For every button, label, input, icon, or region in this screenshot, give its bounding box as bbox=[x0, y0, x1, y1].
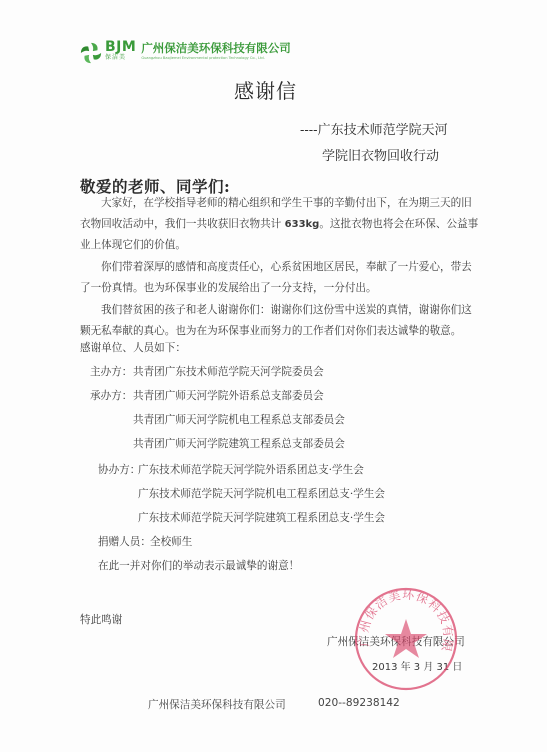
body-paragraph-2: 你们带着深厚的感情和高度责任心，心系贫困地区居民，奉献了一片爱心，带去了一份真情… bbox=[80, 257, 480, 299]
co-organizer-item-2: 广东技术师范学院天河学院机电工程系团总支·学生会 bbox=[138, 486, 385, 501]
letter-page: BJM 保洁美 广州保洁美环保科技有限公司 Guangzhou Baojieme… bbox=[0, 0, 547, 752]
undertaker-item-3: 共青团广师天河学院建筑工程系总支部委员会 bbox=[133, 436, 345, 451]
co-organizer-label: 协办方： bbox=[98, 462, 140, 477]
letterhead-company-name: 广州保洁美环保科技有限公司 bbox=[141, 43, 291, 55]
letter-subtitle-line1: ----广东技术师范学院天河 bbox=[300, 119, 448, 138]
company-letterhead: BJM 保洁美 广州保洁美环保科技有限公司 Guangzhou Baojieme… bbox=[80, 40, 291, 70]
brand-mark: BJM 保洁美 bbox=[105, 40, 136, 61]
body-paragraph-1: 大家好，在学校指导老师的精心组织和学生干事的辛勤付出下，在为期三天的旧衣物回收活… bbox=[80, 193, 480, 256]
closing-line: 在此一并对你们的举动表示最诚挚的谢意！ bbox=[98, 558, 299, 573]
organizer-label: 主办方： bbox=[90, 364, 132, 379]
signature-company: 广州保洁美环保科技有限公司 bbox=[327, 634, 465, 649]
thanks-list-heading: 感谢单位、人员如下： bbox=[80, 340, 186, 355]
pinwheel-logo-icon bbox=[80, 42, 102, 64]
company-name-block: 广州保洁美环保科技有限公司 Guangzhou Baojiemei Enviro… bbox=[141, 40, 291, 60]
sign-off: 特此鸣谢 bbox=[80, 612, 122, 627]
donors-value: 全校师生 bbox=[150, 534, 192, 549]
letter-subtitle-line2: 学院旧衣物回收行动 bbox=[322, 145, 439, 164]
undertaker-item-1: 共青团广师天河学院外语系总支部委员会 bbox=[133, 388, 324, 403]
co-organizer-item-1: 广东技术师范学院天河学院外语系团总支·学生会 bbox=[138, 462, 364, 477]
co-organizer-item-3: 广东技术师范学院天河学院建筑工程系团总支·学生会 bbox=[138, 510, 385, 525]
organizer-item: 共青团广东技术师范学院天河学院委员会 bbox=[133, 364, 324, 379]
letterhead-company-name-en: Guangzhou Baojiemei Environmental protec… bbox=[141, 57, 291, 61]
collected-weight: 633kg bbox=[285, 219, 320, 230]
letter-title: 感谢信 bbox=[234, 75, 297, 104]
footer-company-name: 广州保洁美环保科技有限公司 bbox=[148, 697, 286, 712]
undertaker-label: 承办方： bbox=[90, 388, 132, 403]
donors-label: 捐赠人员： bbox=[98, 534, 151, 549]
footer-phone-number: 020--89238142 bbox=[318, 697, 400, 709]
brand-name: BJM bbox=[105, 40, 136, 54]
signature-date: 2013 年 3 月 31 日 bbox=[372, 658, 462, 673]
undertaker-item-2: 共青团广师天河学院机电工程系总支部委员会 bbox=[133, 412, 345, 427]
body-paragraph-3: 我们替贫困的孩子和老人谢谢你们：谢谢你们这份雪中送炭的真情，谢谢你们这颗无私奉献… bbox=[80, 300, 480, 342]
brand-name-cn: 保洁美 bbox=[105, 55, 136, 61]
